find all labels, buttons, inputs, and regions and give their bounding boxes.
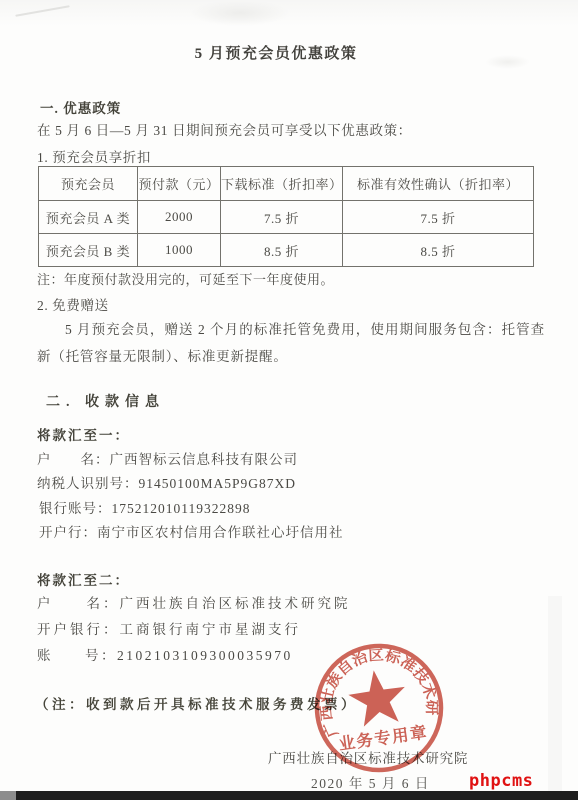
table-row: 预充会员 A 类 2000 7.5 折 7.5 折: [39, 201, 534, 234]
table-note: 注：年度预付款没用完的，可延至下一年度使用。: [37, 269, 334, 288]
recipient2-account-name-line: 户 名：广西壮族自治区标准技术研究院: [37, 592, 351, 612]
recipient1-bank-branch-line: 开户行：南宁市区农村信用合作联社心圩信用社: [39, 521, 344, 541]
scanned-document-page: 5 月预充会员优惠政策 一. 优惠政策 在 5 月 6 日—5 月 31 日期间…: [0, 0, 578, 800]
table-cell: 8.5 折: [343, 234, 534, 267]
scan-artifact-smudge: [190, 0, 290, 26]
table-row: 预充会员 B 类 1000 8.5 折 8.5 折: [39, 234, 534, 267]
pricing-table: 预充会员 预付款（元） 下载标准（折扣率） 标准有效性确认（折扣率） 预充会员 …: [38, 166, 534, 267]
recipient1-heading: 将款汇至一：: [37, 424, 130, 444]
recipient2-heading: 将款汇至二：: [37, 569, 130, 589]
bottom-bar: [0, 791, 578, 800]
recipient2-account-number-line: 账 号：2102103109300035970: [37, 644, 293, 664]
scan-artifact-line: [15, 5, 70, 17]
seal-banner-text: 业务专用章: [337, 722, 429, 754]
seal-star-icon: [345, 666, 409, 728]
recipient1-taxpayer-id-line: 纳税人识别号：91450100MA5P9G87XD: [37, 472, 296, 492]
table-header-row: 预充会员 预付款（元） 下载标准（折扣率） 标准有效性确认（折扣率）: [39, 167, 534, 201]
gift-paragraph: 5 月预充会员，赠送 2 个月的标准托管免费用，使用期间服务包含：托管查新（托管…: [37, 316, 545, 370]
intro-text: 在 5 月 6 日—5 月 31 日期间预充会员可享受以下优惠政策：: [37, 119, 412, 139]
section2-heading: 二. 收款信息: [46, 391, 165, 411]
table-header-cell: 下载标准（折扣率）: [221, 167, 343, 201]
phpcms-watermark: phpcms: [469, 771, 533, 791]
table-header-cell: 预充会员: [39, 167, 138, 201]
recipient1-account-name-line: 户 名：广西智标云信息科技有限公司: [37, 448, 298, 468]
official-seal: 广西壮族自治区标准技术研究院 业务专用章: [285, 614, 472, 800]
table-cell: 2000: [138, 201, 221, 234]
table-cell: 7.5 折: [221, 201, 343, 234]
recipient2-bank-line: 开户银行：工商银行南宁市星湖支行: [37, 618, 301, 638]
table-cell: 预充会员 B 类: [39, 234, 138, 267]
table-header-cell: 预付款（元）: [138, 167, 221, 201]
gift-item-heading: 2. 免费赠送: [37, 294, 109, 314]
document-title: 5 月预充会员优惠政策: [0, 42, 552, 63]
scan-artifact-strip: [548, 596, 562, 796]
bottom-bar-cap: [0, 791, 16, 800]
table-header-cell: 标准有效性确认（折扣率）: [343, 167, 534, 201]
table-cell: 1000: [138, 234, 221, 267]
table-cell: 预充会员 A 类: [39, 201, 138, 234]
table-cell: 7.5 折: [343, 201, 534, 234]
discount-item-heading: 1. 预充会员享折扣: [37, 146, 151, 166]
recipient1-bank-account-line: 银行账号：175212010119322898: [39, 497, 251, 517]
section1-heading: 一. 优惠政策: [40, 97, 121, 117]
table-cell: 8.5 折: [221, 234, 343, 267]
